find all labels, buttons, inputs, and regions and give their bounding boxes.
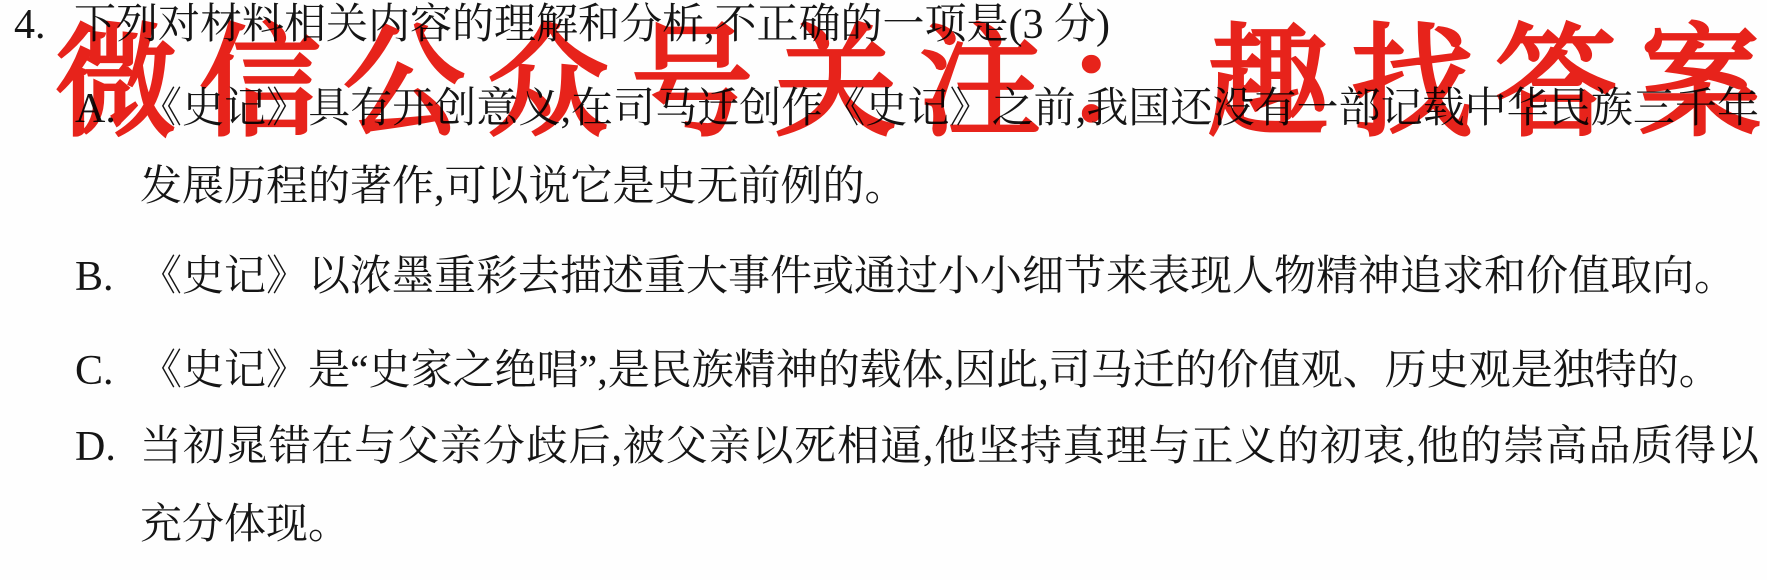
- option-c: C. 《史记》是“史家之绝唱”,是民族精神的载体,因此,司马迁的价值观、历史观是…: [0, 332, 1759, 410]
- option-b-label: B.: [75, 238, 114, 316]
- option-d: D. 当初晁错在与父亲分歧后,被父亲以死相逼,他坚持真理与正义的初衷,他的崇高品…: [0, 408, 1759, 564]
- option-c-text: 《史记》是“史家之绝唱”,是民族精神的载体,因此,司马迁的价值观、历史观是独特的…: [140, 348, 1721, 394]
- option-a-text: 《史记》具有开创意义,在司马迁创作《史记》之前,我国还没有一部记载中华民族三千年…: [140, 86, 1759, 210]
- question-stem: 下列对材料相关内容的理解和分析,不正确的一项是(3 分): [74, 2, 1110, 48]
- option-a: A. 《史记》具有开创意义,在司马迁创作《史记》之前,我国还没有一部记载中华民族…: [0, 70, 1759, 226]
- exam-page: 4.下列对材料相关内容的理解和分析,不正确的一项是(3 分) A. 《史记》具有…: [0, 0, 1767, 580]
- question-number: 4.: [14, 0, 74, 56]
- option-d-label: D.: [75, 408, 116, 486]
- option-c-label: C.: [75, 332, 114, 410]
- option-d-text: 当初晁错在与父亲分歧后,被父亲以死相逼,他坚持真理与正义的初衷,他的崇高品质得以…: [140, 424, 1759, 548]
- option-b-text: 《史记》以浓墨重彩去描述重大事件或通过小小细节来表现人物精神追求和价值取向。: [140, 254, 1736, 300]
- option-b: B. 《史记》以浓墨重彩去描述重大事件或通过小小细节来表现人物精神追求和价值取向…: [0, 238, 1759, 316]
- option-a-label: A.: [75, 70, 116, 148]
- question-stem-line: 4.下列对材料相关内容的理解和分析,不正确的一项是(3 分): [14, 0, 1757, 56]
